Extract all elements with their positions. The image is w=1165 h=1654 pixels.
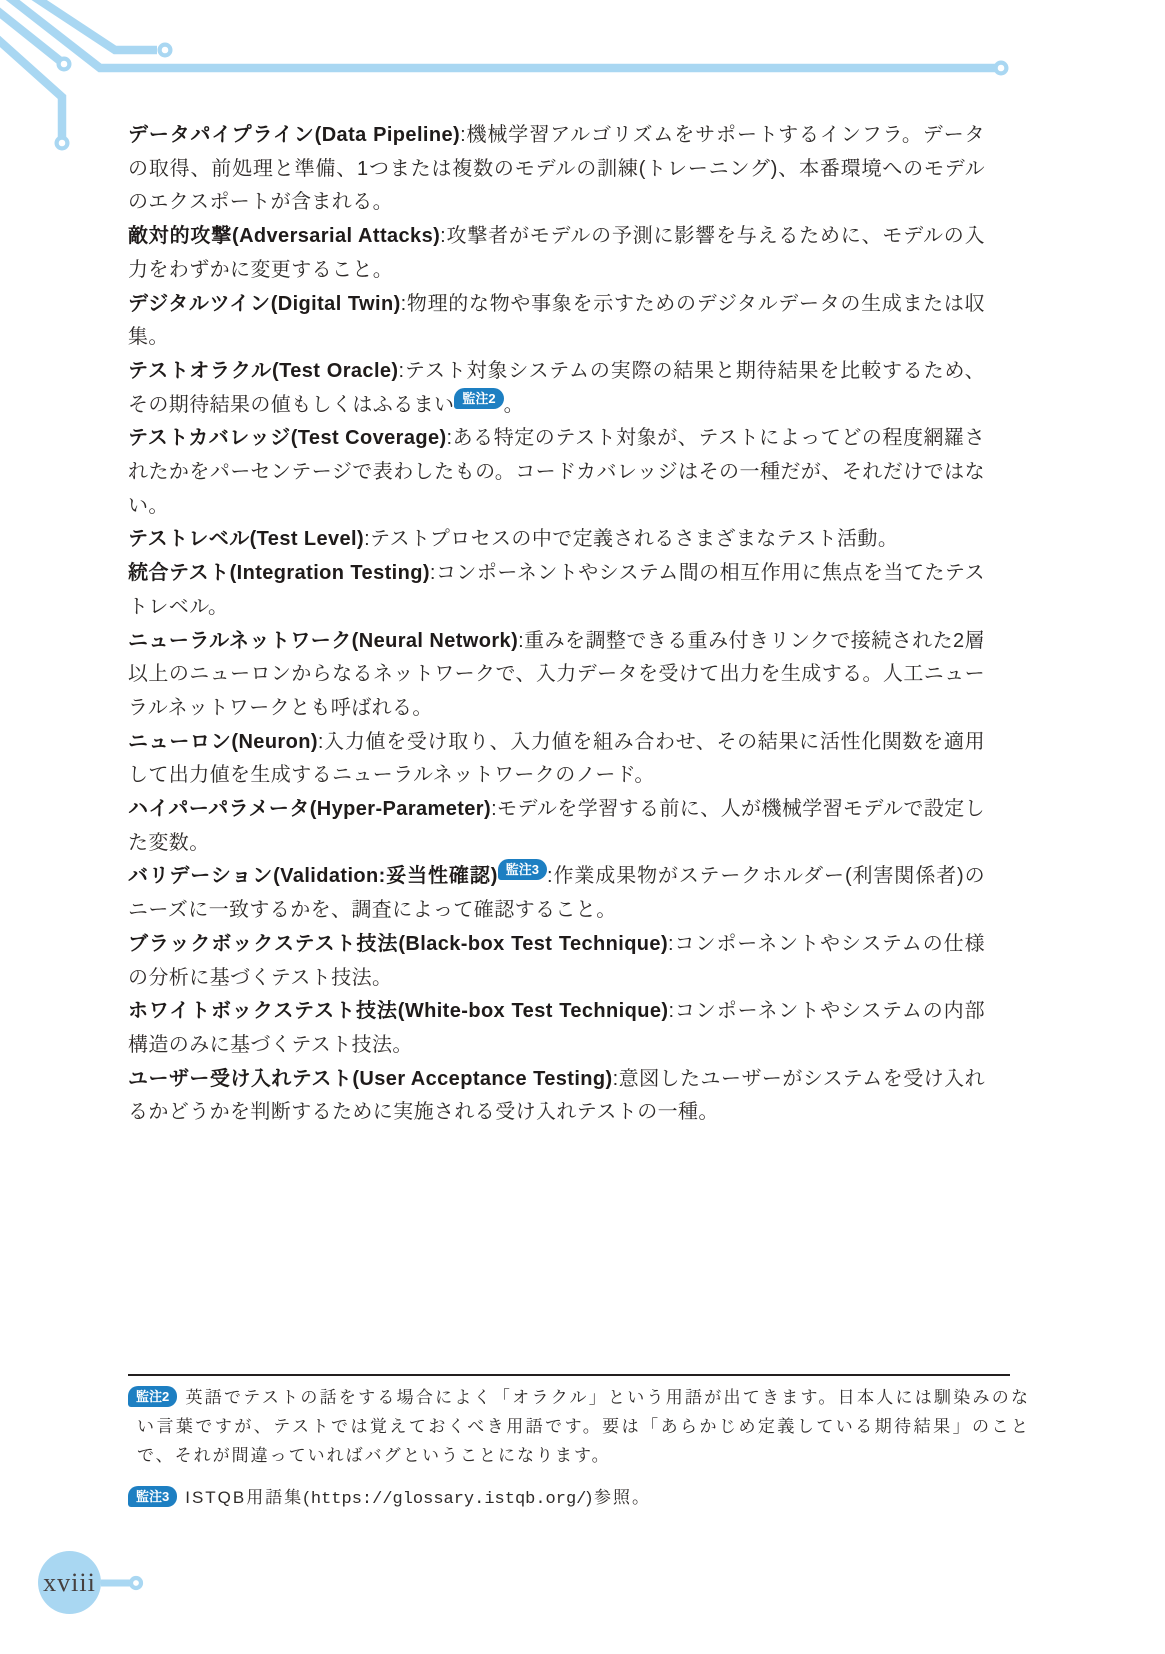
footnote-text: 英語でテストの話をする場合によく「オラクル」という用語が出てきます。日本人には馴… [137,1388,1030,1465]
glossary-entry: テストオラクル(Test Oracle):テスト対象システムの実際の結果と期待結… [128,355,985,422]
term-label: ニューラルネットワーク(Neural Network) [128,630,518,652]
footnote-text: ISTQB用語集( [185,1488,311,1507]
circuit-node-icon [996,63,1007,74]
term-label: ホワイトボックステスト技法(White-box Test Technique) [128,1000,668,1022]
footnote-marker-3-badge: 監注3 [128,1486,177,1507]
term-label: ニューロン(Neuron) [128,731,318,753]
glossary-entry: テストカバレッジ(Test Coverage):ある特定のテスト対象が、テストに… [128,422,985,523]
footnote-marker-2-badge: 監注2 [128,1386,177,1407]
istqb-glossary-url: https://glossary.istqb.org/ [311,1490,586,1509]
glossary-entry: ユーザー受け入れテスト(User Acceptance Testing):意図し… [128,1063,985,1130]
term-label: テストカバレッジ(Test Coverage) [128,427,447,449]
glossary-entry: デジタルツイン(Digital Twin):物理的な物や事象を示すためのデジタル… [128,288,985,355]
glossary-entry: ニューロン(Neuron):入力値を受け取り、入力値を組み合わせ、その結果に活性… [128,726,985,793]
note-ref-badge: 監注3 [498,859,547,880]
circuit-trace-long [0,0,995,68]
glossary-entry: ハイパーパラメータ(Hyper-Parameter):モデルを学習する前に、人が… [128,793,985,860]
circuit-node-icon [59,59,70,70]
note-ref-badge: 監注2 [454,388,503,409]
glossary-entry: ニューラルネットワーク(Neural Network):重みを調整できる重み付き… [128,625,985,726]
book-page: データパイプライン(Data Pipeline):機械学習アルゴリズムをサポート… [0,0,1165,1654]
definition-text: :テストプロセスの中で定義されるさまざまなテスト活動。 [364,528,898,550]
footnote-item: 監注2英語でテストの話をする場合によく「オラクル」という用語が出てきます。日本人… [128,1383,1030,1470]
term-label: 統合テスト(Integration Testing) [128,562,430,584]
term-label: テストオラクル(Test Oracle) [128,360,398,382]
term-label: ハイパーパラメータ(Hyper-Parameter) [128,798,491,820]
term-label: ユーザー受け入れテスト(User Acceptance Testing) [128,1068,613,1090]
footnote-divider [128,1374,1010,1376]
term-label: 敵対的攻撃(Adversarial Attacks) [128,225,440,247]
footnotes: 監注2英語でテストの話をする場合によく「オラクル」という用語が出てきます。日本人… [128,1383,1030,1514]
glossary-entry: ブラックボックステスト技法(Black-box Test Technique):… [128,928,985,995]
glossary-entry: テストレベル(Test Level):テストプロセスの中で定義されるさまざまなテ… [128,523,985,557]
footnote-text: )参照。 [586,1488,651,1507]
term-label: バリデーション(Validation:妥当性確認) [128,865,498,887]
glossary-entry: 統合テスト(Integration Testing):コンポーネントやシステム間… [128,557,985,624]
term-label: テストレベル(Test Level) [128,528,364,550]
glossary-entry: ホワイトボックステスト技法(White-box Test Technique):… [128,995,985,1062]
glossary-entry: 敵対的攻撃(Adversarial Attacks):攻撃者がモデルの予測に影響… [128,220,985,287]
term-label: データパイプライン(Data Pipeline) [128,124,460,146]
page-number-badge: xviii [38,1551,101,1614]
page-number-label: xviii [43,1568,96,1598]
term-label: ブラックボックステスト技法(Black-box Test Technique) [128,933,668,955]
glossary-list: データパイプライン(Data Pipeline):機械学習アルゴリズムをサポート… [128,119,985,1130]
circuit-node-icon [131,1578,141,1588]
glossary-entry: バリデーション(Validation:妥当性確認)監注3:作業成果物がステークホ… [128,860,985,927]
circuit-node-icon [57,138,68,149]
glossary-entry: データパイプライン(Data Pipeline):機械学習アルゴリズムをサポート… [128,119,985,220]
footnote-item: 監注3ISTQB用語集(https://glossary.istqb.org/)… [128,1483,1030,1514]
page-number-decoration: xviii [38,1551,149,1614]
page-number-circuit-stem [101,1571,149,1595]
term-label: デジタルツイン(Digital Twin) [128,293,401,315]
definition-text: 。 [504,394,524,416]
circuit-node-icon [160,45,171,56]
